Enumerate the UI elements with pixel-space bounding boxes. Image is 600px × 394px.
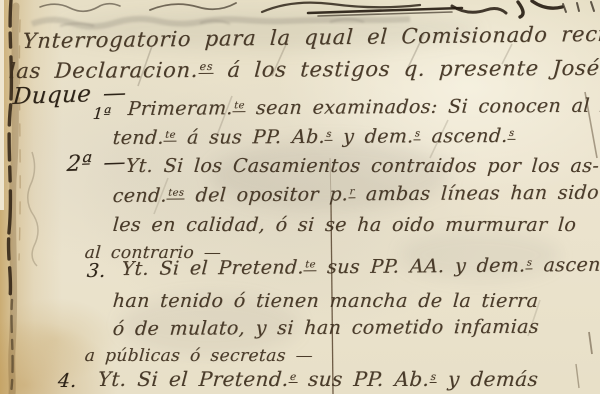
line-text: á sus PP. Ab. bbox=[176, 126, 326, 149]
superscript-abbrev: te bbox=[304, 260, 317, 271]
heading-line-2: las Declaracion.es á los testigos q. pre… bbox=[8, 56, 600, 83]
superscript-abbrev: es bbox=[198, 62, 214, 74]
superscript-abbrev: te bbox=[233, 101, 246, 112]
line-text: tend. bbox=[112, 127, 165, 149]
question-1-line-1: Primeram.te sean examinados: Si conocen … bbox=[127, 94, 600, 120]
question-2-number: 2ª — bbox=[66, 150, 127, 177]
line-text: cend. bbox=[112, 185, 168, 207]
question-2-line-3: les en calidad, ó si se ha oido murmurar… bbox=[112, 214, 577, 236]
line-text: del opositor p. bbox=[184, 183, 349, 206]
line-text: sus PP. Ab. bbox=[297, 367, 431, 391]
question-3-line-4: a públicas ó secretas — bbox=[84, 346, 314, 366]
line-text: sean examinados: Si conocen al Pre- bbox=[245, 94, 600, 119]
page-edge-sliver bbox=[0, 0, 4, 210]
superscript-abbrev: tes bbox=[167, 189, 186, 200]
line-text: y dem. bbox=[332, 125, 415, 147]
question-3-line-2: han tenido ó tienen mancha de la tierra bbox=[112, 290, 539, 312]
line-text: sus PP. AA. y dem. bbox=[316, 254, 526, 278]
question-4-number: 4. bbox=[57, 370, 78, 392]
manuscript-page: Ynterrogatorio para la qual el Comisiona… bbox=[0, 0, 600, 394]
question-1-number: 1ª bbox=[92, 104, 112, 123]
margin-scribble bbox=[28, 152, 38, 266]
question-3-line-3: ó de mulato, y si han cometido infamias bbox=[112, 316, 540, 340]
line-text: Primeram. bbox=[127, 97, 234, 120]
question-1-line-2: tend.te á sus PP. Ab.s y dem.s ascend.s bbox=[112, 125, 516, 149]
question-3-line-1: Yt. Si el Pretend.te sus PP. AA. y dem.s… bbox=[121, 254, 600, 280]
superscript-abbrev: te bbox=[164, 131, 177, 142]
line-text: á los testigos q. presente José M. bbox=[213, 56, 600, 82]
question-2-line-1: Yt. Si los Casamientos contraidos por lo… bbox=[125, 155, 600, 177]
superscript-abbrev: s bbox=[508, 129, 516, 140]
line-text: ascend. bbox=[420, 125, 508, 147]
question-2-line-2: cend.tes del opositor p.r ambas líneas h… bbox=[112, 181, 600, 207]
question-4-line-1: Yt. Si el Pretend.e sus PP. Ab.s y demás bbox=[97, 367, 539, 391]
line-text: y demás bbox=[436, 367, 539, 391]
line-text: ambas líneas han sido igua- bbox=[355, 181, 600, 205]
line-text: Yt. Si el Pretend. bbox=[97, 367, 290, 391]
line-text: las Declaracion. bbox=[8, 58, 199, 83]
line-text: ascend. bbox=[532, 254, 600, 277]
question-3-number: 3. bbox=[86, 260, 107, 282]
line-text: Yt. Si el Pretend. bbox=[121, 256, 305, 280]
right-margin-marks bbox=[576, 92, 597, 388]
cropped-top-line-strokes bbox=[40, 1, 594, 17]
